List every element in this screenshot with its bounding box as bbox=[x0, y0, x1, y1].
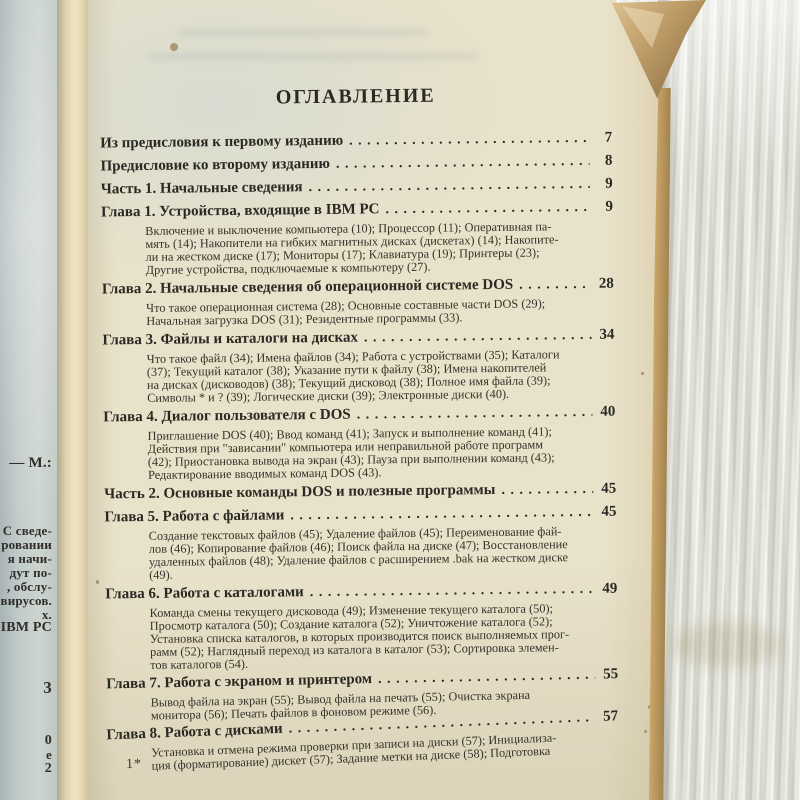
toc-entry-title: Глава 5. Работа с файлами bbox=[104, 504, 284, 528]
toc-entry-title: Часть 1. Начальные сведения bbox=[101, 176, 303, 200]
dot-leader bbox=[336, 150, 590, 176]
toc-entry-title: Предисловие ко второму изданию bbox=[100, 153, 330, 178]
toc-entry: Глава 2. Начальные сведения об операцион… bbox=[102, 273, 615, 329]
toc-entry-title: Глава 2. Начальные сведения об операцион… bbox=[102, 274, 514, 301]
toc-entry-desc: Команда смены текущего дисковода (49); И… bbox=[150, 602, 619, 672]
facing-page-text-fragment: IBM PC bbox=[1, 620, 52, 636]
facing-page-edge: — М.:С сведе-рованиия начи-дут по-, обсл… bbox=[0, 0, 57, 800]
toc-entry-page: 28 bbox=[594, 273, 614, 295]
toc-entry-title: Часть 2. Основные команды DOS и полезные… bbox=[104, 479, 495, 505]
toc-entry-page: 34 bbox=[594, 324, 614, 346]
toc-entry-title: Глава 4. Диалог пользователя с DOS bbox=[103, 404, 351, 429]
dot-leader bbox=[310, 578, 595, 604]
toc-entry-title: Глава 1. Устройства, входящие в IBM PC bbox=[101, 198, 380, 223]
toc-entry-page: 8 bbox=[592, 150, 612, 172]
toc-entry-title: Из предисловия к первому изданию bbox=[100, 130, 343, 155]
dot-leader bbox=[349, 127, 589, 153]
book-gutter bbox=[57, 0, 88, 800]
photo-scene: — М.:С сведе-рованиия начи-дут по-, обсл… bbox=[0, 0, 800, 800]
stain-dot bbox=[641, 372, 644, 375]
stain-dot bbox=[96, 580, 99, 584]
toc-entry: Глава 5. Работа с файлами 45 Создание те… bbox=[104, 501, 617, 583]
toc-entry: Глава 1. Устройства, входящие в IBM PC 9… bbox=[101, 196, 614, 278]
toc-entry-page: 49 bbox=[597, 578, 617, 600]
dot-leader bbox=[357, 401, 593, 427]
facing-page-text-fragment: 2 bbox=[45, 761, 52, 777]
toc-entry-page: 40 bbox=[595, 401, 615, 423]
toc-entry: Глава 3. Файлы и каталоги на дисках 34 Ч… bbox=[102, 324, 615, 406]
book-page: ОГЛАВЛЕНИЕ Из предисловия к первому изда… bbox=[88, 0, 668, 800]
dot-leader bbox=[519, 273, 591, 297]
toc-entry-desc: Включение и выключение компьютера (10); … bbox=[145, 220, 614, 277]
dot-leader bbox=[290, 501, 593, 527]
toc-entry-page: 45 bbox=[596, 501, 616, 523]
toc-entry-page: 45 bbox=[596, 478, 616, 500]
dot-leader bbox=[364, 324, 592, 350]
stain-dot bbox=[644, 730, 647, 733]
toc-entry-desc: Что такое операционная система (28); Осн… bbox=[146, 297, 614, 328]
dot-leader bbox=[385, 196, 590, 221]
dot-leader bbox=[309, 173, 590, 199]
facing-page-text-fragment: 3 bbox=[43, 678, 52, 698]
toc-entry-title: Глава 6. Работа с каталогами bbox=[105, 581, 304, 605]
dot-leader bbox=[378, 664, 596, 691]
toc-entry: Глава 4. Диалог пользователя с DOS 40 Пр… bbox=[103, 401, 616, 483]
toc-entries: Из предисловия к первому изданию 7 Преди… bbox=[100, 127, 619, 775]
dot-leader bbox=[501, 478, 593, 502]
signature-mark: 1* bbox=[126, 757, 142, 773]
facing-page-text-fragment: — М.: bbox=[9, 455, 52, 472]
toc-entry-page: 55 bbox=[598, 663, 618, 685]
toc-entry-page: 57 bbox=[598, 705, 619, 728]
toc-entry-page: 9 bbox=[593, 196, 613, 218]
toc-entry-desc: Что такое файл (34); Имена файлов (34); … bbox=[147, 348, 616, 405]
toc-entry-page: 9 bbox=[593, 173, 613, 195]
toc-entry-desc: Создание текстовых файлов (45); Удаление… bbox=[149, 525, 618, 582]
toc-entry-page: 7 bbox=[592, 127, 612, 149]
wood-smudge bbox=[672, 622, 782, 668]
toc-content: ОГЛАВЛЕНИЕ Из предисловия к первому изда… bbox=[99, 0, 620, 775]
toc-entry-desc: Приглашение DOS (40); Ввод команд (41); … bbox=[148, 425, 617, 482]
toc-entry-title: Глава 3. Файлы и каталоги на дисках bbox=[102, 327, 358, 352]
page-title: ОГЛАВЛЕНИЕ bbox=[100, 81, 612, 113]
toc-entry: Глава 6. Работа с каталогами 49 Команда … bbox=[105, 578, 618, 673]
